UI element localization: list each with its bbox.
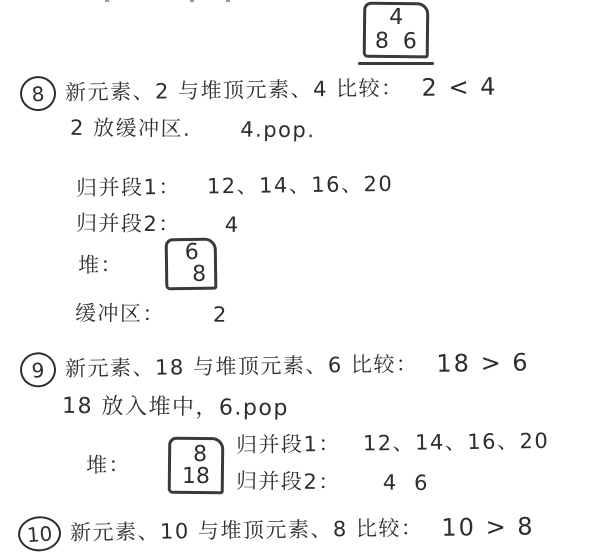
merge-segment-1-label: 归并段1：: [76, 174, 181, 203]
cropped-text-remnant: [226, 0, 230, 2]
step8-merge-segment-1: 归并段1： 12、14、16、20: [76, 171, 394, 203]
buffer-value: 2: [213, 302, 228, 329]
buffer-label: 缓冲区：: [75, 300, 165, 328]
step8-action-text: 2 放缓冲区. 4.pop.: [70, 115, 316, 145]
heap-bottom-value: 8: [192, 264, 206, 286]
step8-buffer-row: 缓冲区： 2: [75, 300, 228, 329]
step10-result: 10 > 8: [441, 511, 535, 543]
merge-segment-1-values: 12、14、16、20: [207, 171, 394, 201]
step8-number-circle: 8: [19, 75, 57, 112]
step9-merge-segment-1: 归并段1： 12、14、16、20: [236, 428, 550, 460]
merge-segment-1-values: 12、14、16、20: [363, 428, 550, 458]
step9-heap-label: 堆：: [86, 452, 131, 480]
step8-statement: 新元素、2 与堆顶元素、4 比较：: [65, 75, 404, 107]
step9-heap-label-row: 堆：: [86, 452, 131, 480]
heap-bottom-left-value: 8: [375, 31, 389, 53]
step10-statement: 新元素、10 与堆顶元素、8 比较：: [70, 515, 424, 547]
step9-number-circle: 9: [19, 351, 57, 388]
notebook-page: 4 8 6 8 新元素、2 与堆顶元素、4 比较： 2 < 4 2 放缓冲区. …: [0, 0, 600, 554]
heap-box-underline: [358, 62, 434, 65]
heap-bottom-row: 8 6: [366, 31, 426, 54]
step8-heap-label: 堆：: [78, 252, 123, 280]
step8-heap-label-row: 堆：: [78, 252, 123, 280]
merge-segment-2-values: 4: [225, 212, 240, 239]
heap-top-value: 8: [193, 443, 207, 465]
step8-action: 2 放缓冲区. 4.pop.: [70, 115, 316, 145]
heap-box-initial: 4 8 6: [363, 2, 430, 59]
step9-merge-segment-2: 归并段2： 4 6: [236, 468, 429, 497]
heap-bottom-right-value: 6: [403, 31, 417, 53]
step10-header: 10 新元素、10 与堆顶元素、8 比较： 10 > 8: [18, 509, 535, 551]
merge-segment-2-values: 4 6: [383, 470, 429, 498]
heap-top-value: 6: [185, 242, 199, 264]
merge-segment-2-label: 归并段2：: [236, 468, 341, 496]
merge-segment-1-label: 归并段1：: [236, 431, 341, 460]
heap-bottom-value: 18: [182, 465, 210, 487]
step9-action: 18 放入堆中，6.pop: [62, 393, 289, 424]
step9-result: 18 > 6: [436, 347, 530, 379]
step8-header: 8 新元素、2 与堆顶元素、4 比较： 2 < 4: [20, 70, 498, 112]
heap-box-step9: 8 18: [168, 437, 225, 495]
heap-top-value: 4: [389, 7, 403, 29]
step9-statement: 新元素、18 与堆顶元素、6 比较：: [65, 351, 419, 383]
step10-number-circle: 10: [17, 515, 62, 553]
step9-header: 9 新元素、18 与堆顶元素、6 比较： 18 > 6: [20, 345, 530, 387]
cropped-text-remnant: [190, 0, 194, 2]
step9-action-text: 18 放入堆中，6.pop: [62, 393, 289, 424]
step8-merge-segment-2: 归并段2： 4: [76, 210, 240, 239]
cropped-text-remnant: [105, 0, 109, 2]
step8-result: 2 < 4: [421, 72, 497, 104]
merge-segment-2-label: 归并段2：: [76, 210, 181, 238]
heap-box-step8: 6 8: [165, 238, 218, 291]
